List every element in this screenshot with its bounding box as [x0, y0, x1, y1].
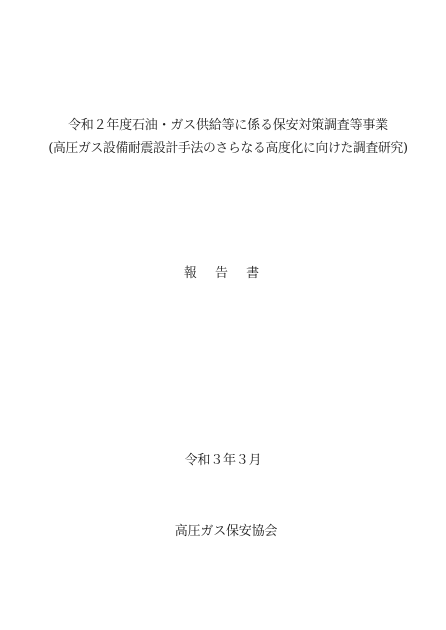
publisher-organization: 高圧ガス保安協会: [3, 524, 446, 540]
report-cover-page: 令和２年度石油・ガス供給等に係る保安対策調査等事業 (高圧ガス設備耐震設計手法の…: [0, 0, 446, 630]
publication-date: 令和３年３月: [0, 453, 446, 469]
report-title: 令和２年度石油・ガス供給等に係る保安対策調査等事業: [5, 118, 446, 134]
report-subtitle: (高圧ガス設備耐震設計手法のさらなる高度化に向けた調査研究): [5, 141, 446, 157]
document-type-label: 報 告 書: [2, 266, 446, 282]
